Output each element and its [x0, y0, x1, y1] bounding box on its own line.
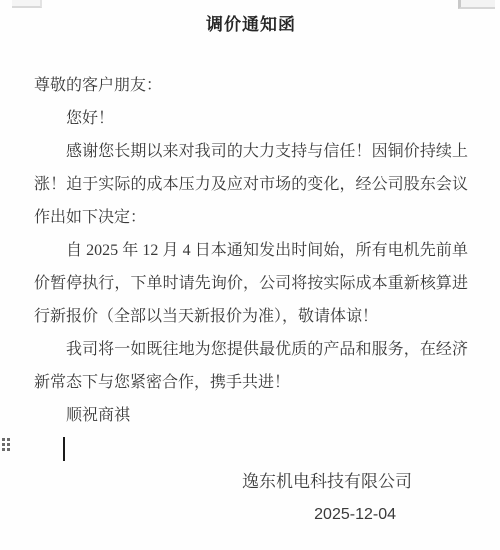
document-title: 调价通知函 [34, 8, 468, 41]
paragraph: 顺祝商祺 [34, 399, 468, 432]
paragraph: 自 2025 年 12 月 4 日本通知发出时间始，所有电机先前单价暂停执行，下… [34, 234, 468, 333]
drag-handle-dot [2, 448, 5, 451]
drag-handle-dot [7, 443, 10, 446]
paragraph: 您好！ [34, 102, 468, 135]
drag-handle-dot [7, 438, 10, 441]
drag-handle-dot [7, 448, 10, 451]
caret-line[interactable] [34, 432, 468, 465]
drag-handle-dot [2, 438, 5, 441]
text-cursor-caret [63, 437, 65, 461]
document-paragraphs: 尊敬的客户朋友：您好！感谢您长期以来对我司的大力支持与信任！因铜价持续上涨！迫于… [34, 69, 468, 432]
document-page: 调价通知函 尊敬的客户朋友：您好！感谢您长期以来对我司的大力支持与信任！因铜价持… [0, 0, 500, 550]
paragraph: 尊敬的客户朋友： [34, 69, 468, 102]
signature-company: 逸东机电科技有限公司 [34, 465, 468, 498]
drag-handle-icon[interactable] [2, 438, 10, 451]
paragraph: 我司将一如既往地为您提供最优质的产品和服务，在经济新常态下与您紧密合作，携手共进… [34, 333, 468, 399]
document-content[interactable]: 调价通知函 尊敬的客户朋友：您好！感谢您长期以来对我司的大力支持与信任！因铜价持… [34, 0, 468, 531]
paragraph: 感谢您长期以来对我司的大力支持与信任！因铜价持续上涨！迫于实际的成本压力及应对市… [34, 135, 468, 234]
signature-date: 2025-12-04 [34, 498, 468, 531]
drag-handle-dot [2, 443, 5, 446]
